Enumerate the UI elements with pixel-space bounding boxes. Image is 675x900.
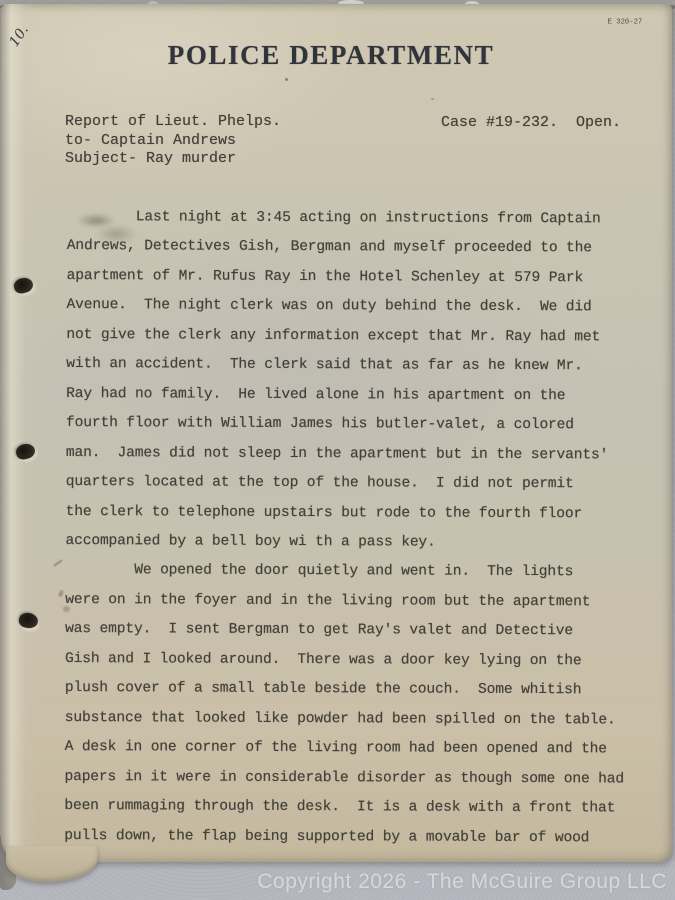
- ink-speck: [431, 98, 434, 100]
- report-header: Report of Lieut. Phelps.to- Captain Andr…: [65, 113, 281, 169]
- pencil-mark: [53, 559, 62, 566]
- pencil-mark: [58, 590, 64, 598]
- binder-hole: [12, 276, 34, 295]
- page-title: POLICE DEPARTMENT: [1, 40, 661, 71]
- report-from-line: Report of Lieut. Phelps.: [65, 113, 281, 130]
- report-page: 10. E 320-27 POLICE DEPARTMENT Report of…: [1, 4, 672, 862]
- report-body: Last night at 3:45 acting on instruction…: [64, 203, 626, 853]
- binder-hole: [14, 442, 36, 461]
- form-number: E 320-27: [607, 18, 642, 26]
- report-to-line: to- Captain Andrews: [65, 132, 236, 149]
- report-subject-line: Subject- Ray murder: [65, 150, 236, 167]
- ink-speck: [285, 78, 288, 81]
- copyright-watermark: Copyright 2026 - The McGuire Group LLC: [0, 870, 667, 894]
- case-status-line: Case #19-232. Open.: [441, 114, 621, 131]
- binder-hole: [18, 612, 39, 629]
